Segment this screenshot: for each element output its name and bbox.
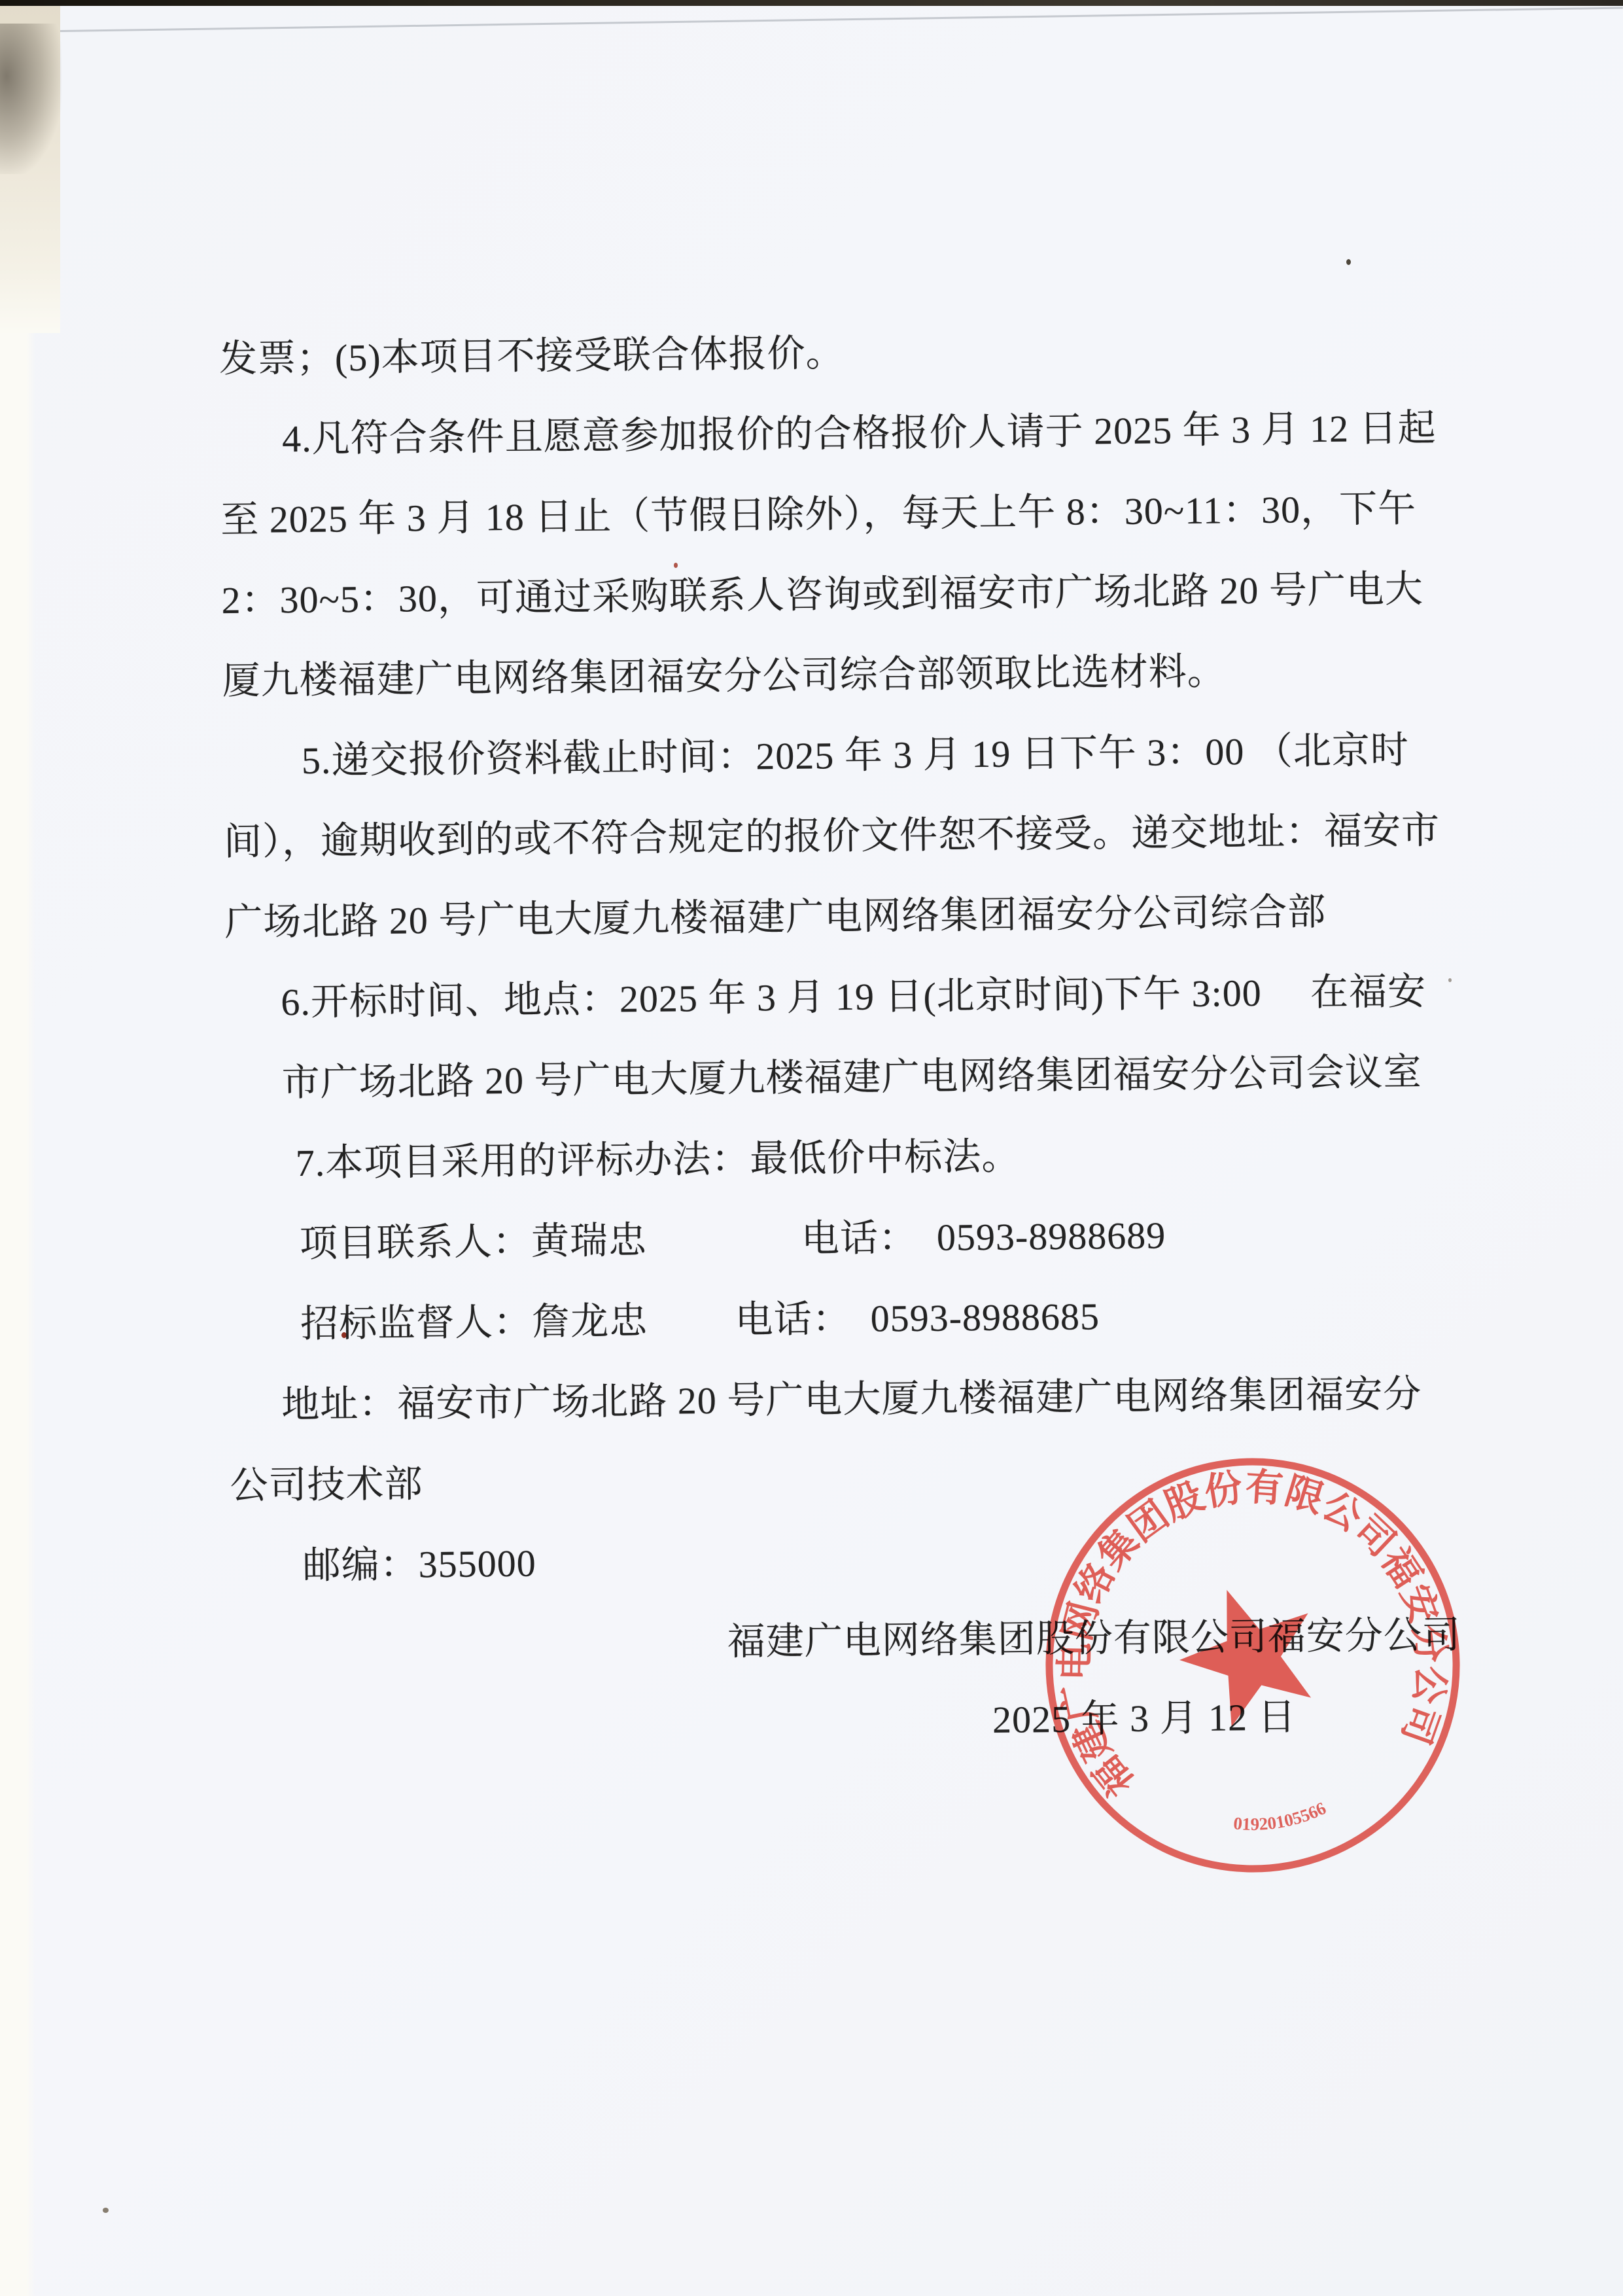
scanner-top-edge: [0, 0, 1623, 6]
page-top-line: [60, 7, 1623, 32]
doc-line-12: 项目联系人：黄瑞忠 电话： 0593-8988689: [227, 1192, 1471, 1284]
doc-line-1: 发票；(5)本项目不接受联合体报价。: [218, 307, 1462, 399]
corner-shadow: [0, 24, 61, 174]
doc-line-4: 2：30~5：30，可通过采购联系人咨询或到福安市广场北路 20 号广电大: [221, 548, 1465, 641]
doc-line-8: 广场北路 20 号广电大厦九楼福建广电网络集团福安分公司综合部: [224, 870, 1468, 963]
company-seal-stamp: 福建广电网络集团股份有限公司福安分公司 01920105566: [1003, 1415, 1503, 1916]
scanner-left-edge-lower: [0, 333, 35, 2296]
doc-line-14: 地址：福安市广场北路 20 号广电大厦九楼福建广电网络集团福安分: [229, 1353, 1473, 1445]
dust-speck: [103, 2208, 109, 2213]
doc-line-11: 7.本项目采用的评标办法：最低价中标法。: [226, 1112, 1470, 1204]
doc-line-6: 5.递交报价资料截止时间：2025 年 3 月 19 日下午 3：00 （北京时: [222, 709, 1466, 802]
doc-line-2: 4.凡符合条件且愿意参加报价的合格报价人请于 2025 年 3 月 12 日起: [220, 387, 1463, 480]
doc-line-9: 6.开标时间、地点：2025 年 3 月 19 日(北京时间)下午 3:00 在…: [225, 951, 1469, 1043]
dust-speck: [1346, 259, 1351, 265]
doc-line-13: 招标监督人：詹龙忠 电话： 0593-8988685: [228, 1273, 1472, 1365]
doc-line-10: 市广场北路 20 号广电大厦九楼福建广电网络集团福安分公司会议室: [226, 1031, 1469, 1123]
scanned-page: 发票；(5)本项目不接受联合体报价。 4.凡符合条件且愿意参加报价的合格报价人请…: [0, 0, 1623, 2296]
seal-serial-number: 01920105566: [1229, 1797, 1330, 1840]
seal-star-icon: [1169, 1577, 1325, 1734]
doc-line-7: 间），逾期收到的或不符合规定的报价文件恕不接受。递交地址：福安市: [224, 790, 1467, 882]
doc-line-3: 至 2025 年 3 月 18 日止（节假日除外），每天上午 8：30~11：3…: [220, 468, 1464, 560]
svg-text:01920105566: 01920105566: [1229, 1797, 1330, 1840]
doc-line-5: 厦九楼福建广电网络集团福安分公司综合部领取比选材料。: [222, 629, 1465, 721]
